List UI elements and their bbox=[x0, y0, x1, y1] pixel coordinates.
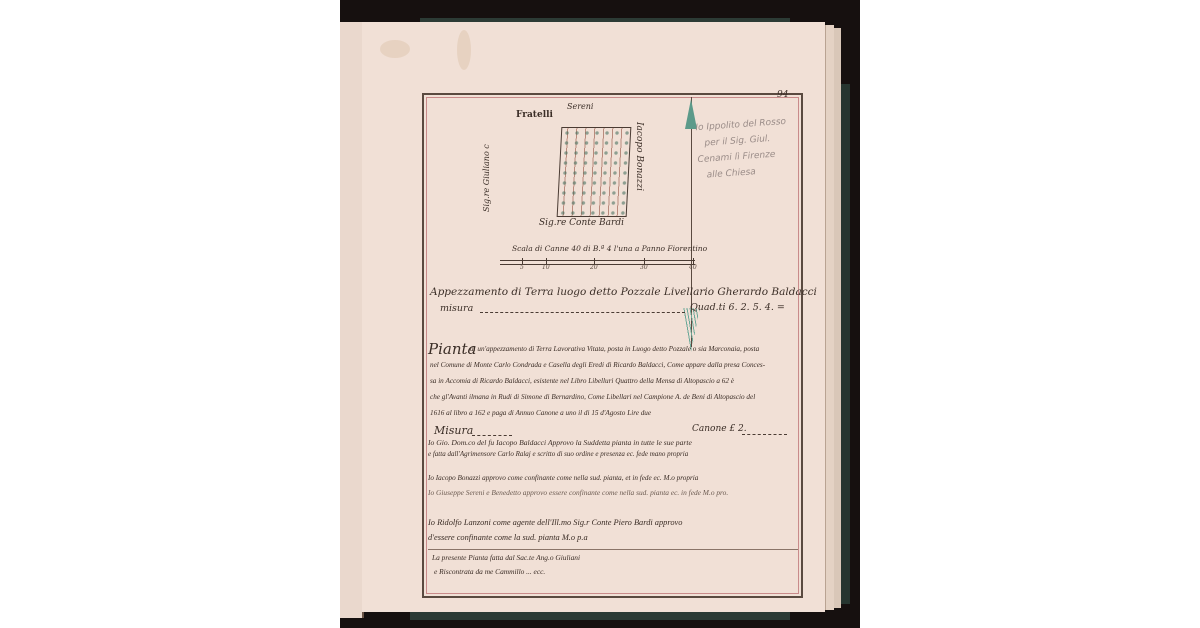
misura-label: Misura bbox=[434, 424, 473, 437]
dotted-leader bbox=[480, 312, 685, 313]
page-number: 94 bbox=[777, 90, 788, 100]
description-line: nel Comune di Monte Carlo Condrada e Cas… bbox=[430, 361, 765, 369]
book-cover-right bbox=[840, 84, 850, 604]
surveyor-note: e Riscontrata da me Cammillo ... ecc. bbox=[434, 567, 545, 576]
scanned-manuscript: 94 Fratelli Sereni Sig.re Giuliano c Iac… bbox=[340, 0, 860, 628]
scale-tick: 40 bbox=[689, 264, 697, 271]
neighbor-west: Sig.re Giuliano c bbox=[482, 144, 491, 212]
scale-tick: 5 bbox=[520, 264, 524, 271]
separator-line bbox=[428, 549, 798, 550]
description-line: sa in Accomia di Ricardo Baldacci, esist… bbox=[430, 377, 734, 385]
signature-line: Io Iacopo Bonazzi approvo come confinant… bbox=[428, 474, 698, 482]
neighbor-east: Iacopo Bonazzi bbox=[634, 122, 644, 191]
signature-line: Io Ridolfo Lanzoni come agente dell'Ill.… bbox=[428, 518, 682, 527]
left-page-edge bbox=[340, 22, 364, 618]
scale-tick: 20 bbox=[590, 264, 598, 271]
scale-tick: 30 bbox=[640, 264, 648, 271]
signature-line: Io Giuseppe Sereni e Benedetto approvo e… bbox=[428, 488, 728, 497]
neighbor-north-1: Fratelli bbox=[516, 110, 553, 120]
page-edges bbox=[833, 28, 841, 608]
pencil-annotation: Io Ippolito del Rosso per il Sig. Giul. … bbox=[695, 114, 790, 184]
stain bbox=[380, 40, 410, 58]
manuscript-page: 94 Fratelli Sereni Sig.re Giuliano c Iac… bbox=[362, 22, 825, 612]
neighbor-south: Sig.re Conte Bardi bbox=[539, 218, 624, 228]
measure-label: misura bbox=[440, 303, 473, 314]
stain bbox=[457, 30, 471, 70]
surveyor-note: La presente Pianta fatta dal Sac.te Ang.… bbox=[432, 553, 580, 562]
canone-label: Canone £ 2. bbox=[692, 424, 747, 434]
scale-label: Scala di Canne 40 di B.ª 4 l'una a Panno… bbox=[512, 244, 707, 253]
signature-line: e fatta dall'Agrimensore Carlo Ralaj e s… bbox=[428, 450, 688, 458]
description-line: che gl'Avanti ilmana in Rudi di Simone d… bbox=[430, 393, 755, 401]
measure-value: Quad.ti 6. 2. 5. 4. = bbox=[690, 302, 785, 313]
scale-tick: 10 bbox=[542, 264, 550, 271]
page-edges-inner bbox=[825, 25, 834, 610]
signature-line: Io Gio. Dom.co del fu Iacopo Baldacci Ap… bbox=[428, 438, 692, 447]
book-cover-bottom bbox=[410, 612, 790, 620]
caption-title: Appezzamento di Terra luogo detto Pozzal… bbox=[430, 286, 817, 298]
signature-line: d'essere confinante come la sud. pianta … bbox=[428, 533, 588, 542]
neighbor-north-2: Sereni bbox=[567, 102, 593, 111]
description-line: 1616 al libro a 162 e paga di Annuo Cano… bbox=[430, 409, 651, 417]
land-parcel-plot bbox=[557, 127, 632, 217]
description-line: di un'appezzamento di Terra Lavorativa V… bbox=[470, 345, 759, 353]
